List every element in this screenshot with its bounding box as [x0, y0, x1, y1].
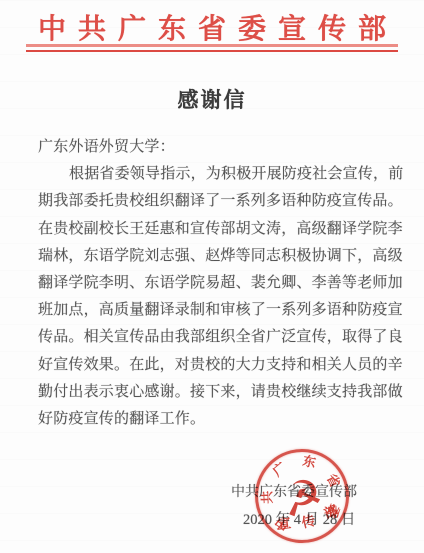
signature-date: 2020 年 4 月 28 日 — [243, 508, 355, 529]
body-line: 传品。相关宣传品由我部组织全省广泛宣传，取得了良 — [38, 324, 400, 351]
body-line: 根据省委领导指示，为积极开展防疫社会宣传，前 — [38, 161, 400, 188]
body-line: 在贵校副校长王廷惠和宣传部胡文涛，高级翻译学院李 — [38, 216, 400, 243]
letterhead-double-rule — [26, 44, 398, 52]
signature-org-name: 中共广东省委宣传部 — [231, 481, 357, 501]
salutation: 广东外语外贸大学： — [38, 134, 400, 161]
letter-title: 感谢信 — [0, 84, 424, 114]
body-line: 好防疫宣传的翻译工作。 — [38, 406, 400, 433]
body-line: 好宣传效果。在此，对贵校的大力支持和相关人员的辛 — [38, 352, 400, 379]
body-line: 勤付出表示衷心感谢。接下来，请贵校继续支持我部做 — [38, 379, 400, 406]
letter-page: 中共广东省委宣传部 感谢信 广东外语外贸大学： 根据省委领导指示，为积极开展防疫… — [0, 0, 424, 553]
body-line: 翻译学院李明、东语学院易超、裴允卿、李善等老师加 — [38, 270, 400, 297]
seal-ring-char: 东 — [300, 453, 319, 472]
body-line: 班加点，高质量翻译录制和审核了一系列多语种防疫宣 — [38, 297, 400, 324]
body-line: 期我部委托贵校组织翻译了一系列多语种防疫宣传品。 — [38, 188, 400, 215]
letterhead-org-name: 中共广东省委宣传部 — [0, 7, 424, 47]
letter-body: 广东外语外贸大学： 根据省委领导指示，为积极开展防疫社会宣传，前 期我部委托贵校… — [38, 134, 400, 433]
body-line: 瑞林，东语学院刘志强、赵烨等同志积极协调下，高级 — [38, 243, 400, 270]
seal-ring-char: 广 — [269, 458, 292, 481]
